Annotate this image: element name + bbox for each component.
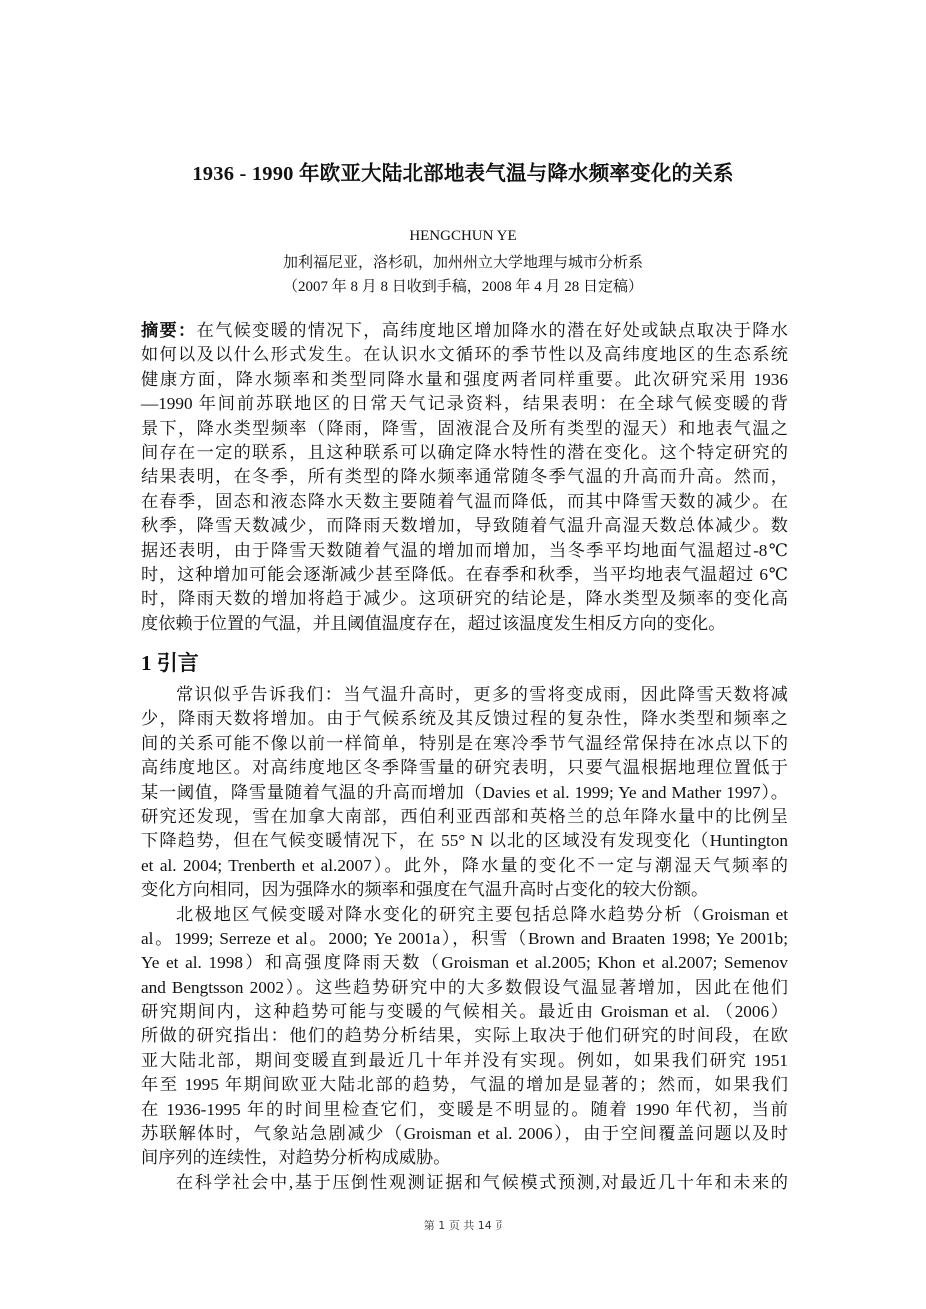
- body-line: 下降趋势，但在气候变暖情况下，在 55° N 以北的区域没有发现变化（Hunti…: [141, 829, 788, 853]
- body-line: 在 1936-1995 年的时间里检查它们，变暖是不明显的。随着 1990 年代…: [141, 1098, 788, 1122]
- abstract-line: 据还表明，由于降雪天数随着气温的增加而增加，当冬季平均地面气温超过-8℃: [141, 539, 788, 563]
- abstract-line: 结果表明，在冬季，所有类型的降水频率通常随冬季气温的升高而升高。然而，: [141, 465, 788, 489]
- body-line: 苏联解体时，气象站急剧减少（Groisman et al. 2006），由于空间…: [141, 1122, 788, 1146]
- section-heading-introduction: 1 引言: [141, 647, 199, 677]
- body-line: 北极地区气候变暖对降水变化的研究主要包括总降水趋势分析（Groisman et: [141, 903, 788, 927]
- page-number-clipped-char: 页: [495, 1217, 502, 1233]
- abstract-label: 摘要：: [141, 321, 197, 340]
- abstract-line: 秋季，降雪天数减少，而降雨天数增加，导致随着气温升高湿天数总体减少。数: [141, 514, 788, 538]
- abstract-line: 时，这种增加可能会逐渐减少甚至降低。在春季和秋季，当平均地表气温超过 6℃: [141, 563, 788, 587]
- abstract-line: 景下，降水类型频率（降雨，降雪，固液混合及所有类型的湿天）和地表气温之: [141, 417, 788, 441]
- abstract-line: 健康方面，降水频率和类型同降水量和强度两者同样重要。此次研究采用 1936: [141, 368, 788, 392]
- body-line: 某一阈值，降雪量随着气温的升高而增加（Davies et al. 1999; Y…: [141, 781, 788, 805]
- author-name: HENGCHUN YE: [0, 228, 926, 245]
- body-line: 年至 1995 年期间欧亚大陆北部的趋势，气温的增加是显著的；然而，如果我们: [141, 1073, 788, 1097]
- abstract-line: 度依赖于位置的气温，并且阈值温度存在，超过该温度发生相反方向的变化。: [141, 612, 788, 636]
- body-line: 在科学社会中,基于压倒性观测证据和气候模式预测,对最近几十年和未来的: [141, 1171, 788, 1195]
- submission-dates: （2007 年 8 月 8 日收到手稿，2008 年 4 月 28 日定稿）: [0, 275, 926, 296]
- introduction-body: 常识似乎告诉我们：当气温升高时，更多的雪将变成雨，因此降雪天数将减 少，降雨天数…: [141, 683, 788, 1195]
- paragraph-1: 常识似乎告诉我们：当气温升高时，更多的雪将变成雨，因此降雪天数将减 少，降雨天数…: [141, 683, 788, 903]
- abstract-body: 摘要：在气候变暖的情况下，高纬度地区增加降水的潜在好处或缺点取决于降水 如何以及…: [141, 319, 788, 636]
- author-affiliation: 加利福尼亚，洛杉矶，加州州立大学地理与城市分析系: [0, 251, 926, 272]
- page-number: 第 1 页 共 14: [424, 1219, 495, 1232]
- body-line: 间序列的连续性，对趋势分析构成威胁。: [141, 1146, 788, 1170]
- body-line: and Bengtsson 2002）。这些趋势研究中的大多数假设气温显著增加，…: [141, 976, 788, 1000]
- abstract-line: 时，降雨天数的增加将趋于减少。这项研究的结论是，降水类型及频率的变化高: [141, 587, 788, 611]
- body-line: al。1999; Serreze et al。2000; Ye 2001a），积…: [141, 927, 788, 951]
- body-line: 间的关系可能不像以前一样简单，特别是在寒冷季节气温经常保持在冰点以下的: [141, 732, 788, 756]
- body-line: 亚大陆北部，期间变暖直到最近几十年并没有实现。例如，如果我们研究 1951: [141, 1049, 788, 1073]
- abstract-line: 摘要：在气候变暖的情况下，高纬度地区增加降水的潜在好处或缺点取决于降水: [141, 319, 788, 343]
- body-line: Ye et al. 1998）和高强度降雨天数（Groisman et al.2…: [141, 951, 788, 975]
- abstract-line: 如何以及以什么形式发生。在认识水文循环的季节性以及高纬度地区的生态系统: [141, 343, 788, 367]
- paragraph-2: 北极地区气候变暖对降水变化的研究主要包括总降水趋势分析（Groisman et …: [141, 903, 788, 1171]
- abstract: 摘要：在气候变暖的情况下，高纬度地区增加降水的潜在好处或缺点取决于降水 如何以及…: [141, 319, 788, 636]
- body-line: 所做的研究指出：他们的趋势分析结果，实际上取决于他们研究的时间段，在欧: [141, 1024, 788, 1048]
- body-line: 研究期间内，这种趋势可能与变暖的气候相关。最近由 Groisman et al.…: [141, 1000, 788, 1024]
- paper-title: 1936 - 1990 年欧亚大陆北部地表气温与降水频率变化的关系: [0, 156, 926, 186]
- paragraph-3: 在科学社会中,基于压倒性观测证据和气候模式预测,对最近几十年和未来的: [141, 1171, 788, 1195]
- body-line: 高纬度地区。对高纬度地区冬季降雪量的研究表明，只要气温根据地理位置低于: [141, 756, 788, 780]
- abstract-line: 在春季，固态和液态降水天数主要随着气温而降低，而其中降雪天数的减少。在: [141, 490, 788, 514]
- abstract-line: —1990 年间前苏联地区的日常天气记录资料，结果表明：在全球气候变暖的背: [141, 392, 788, 416]
- body-line: 少，降雨天数将增加。由于气候系统及其反馈过程的复杂性，降水类型和频率之: [141, 707, 788, 731]
- abstract-line: 间存在一定的联系，且这种联系可以确定降水特性的潜在变化。这个特定研究的: [141, 441, 788, 465]
- body-line: 研究还发现，雪在加拿大南部，西伯利亚西部和英格兰的总年降水量中的比例呈: [141, 805, 788, 829]
- body-line: 变化方向相同，因为强降水的频率和强度在气温升高时占变化的较大份额。: [141, 878, 788, 902]
- body-line: et al. 2004; Trenberth et al.2007）。此外，降水…: [141, 854, 788, 878]
- page-footer: 第 1 页 共 14 页: [0, 1217, 926, 1233]
- body-line: 常识似乎告诉我们：当气温升高时，更多的雪将变成雨，因此降雪天数将减: [141, 683, 788, 707]
